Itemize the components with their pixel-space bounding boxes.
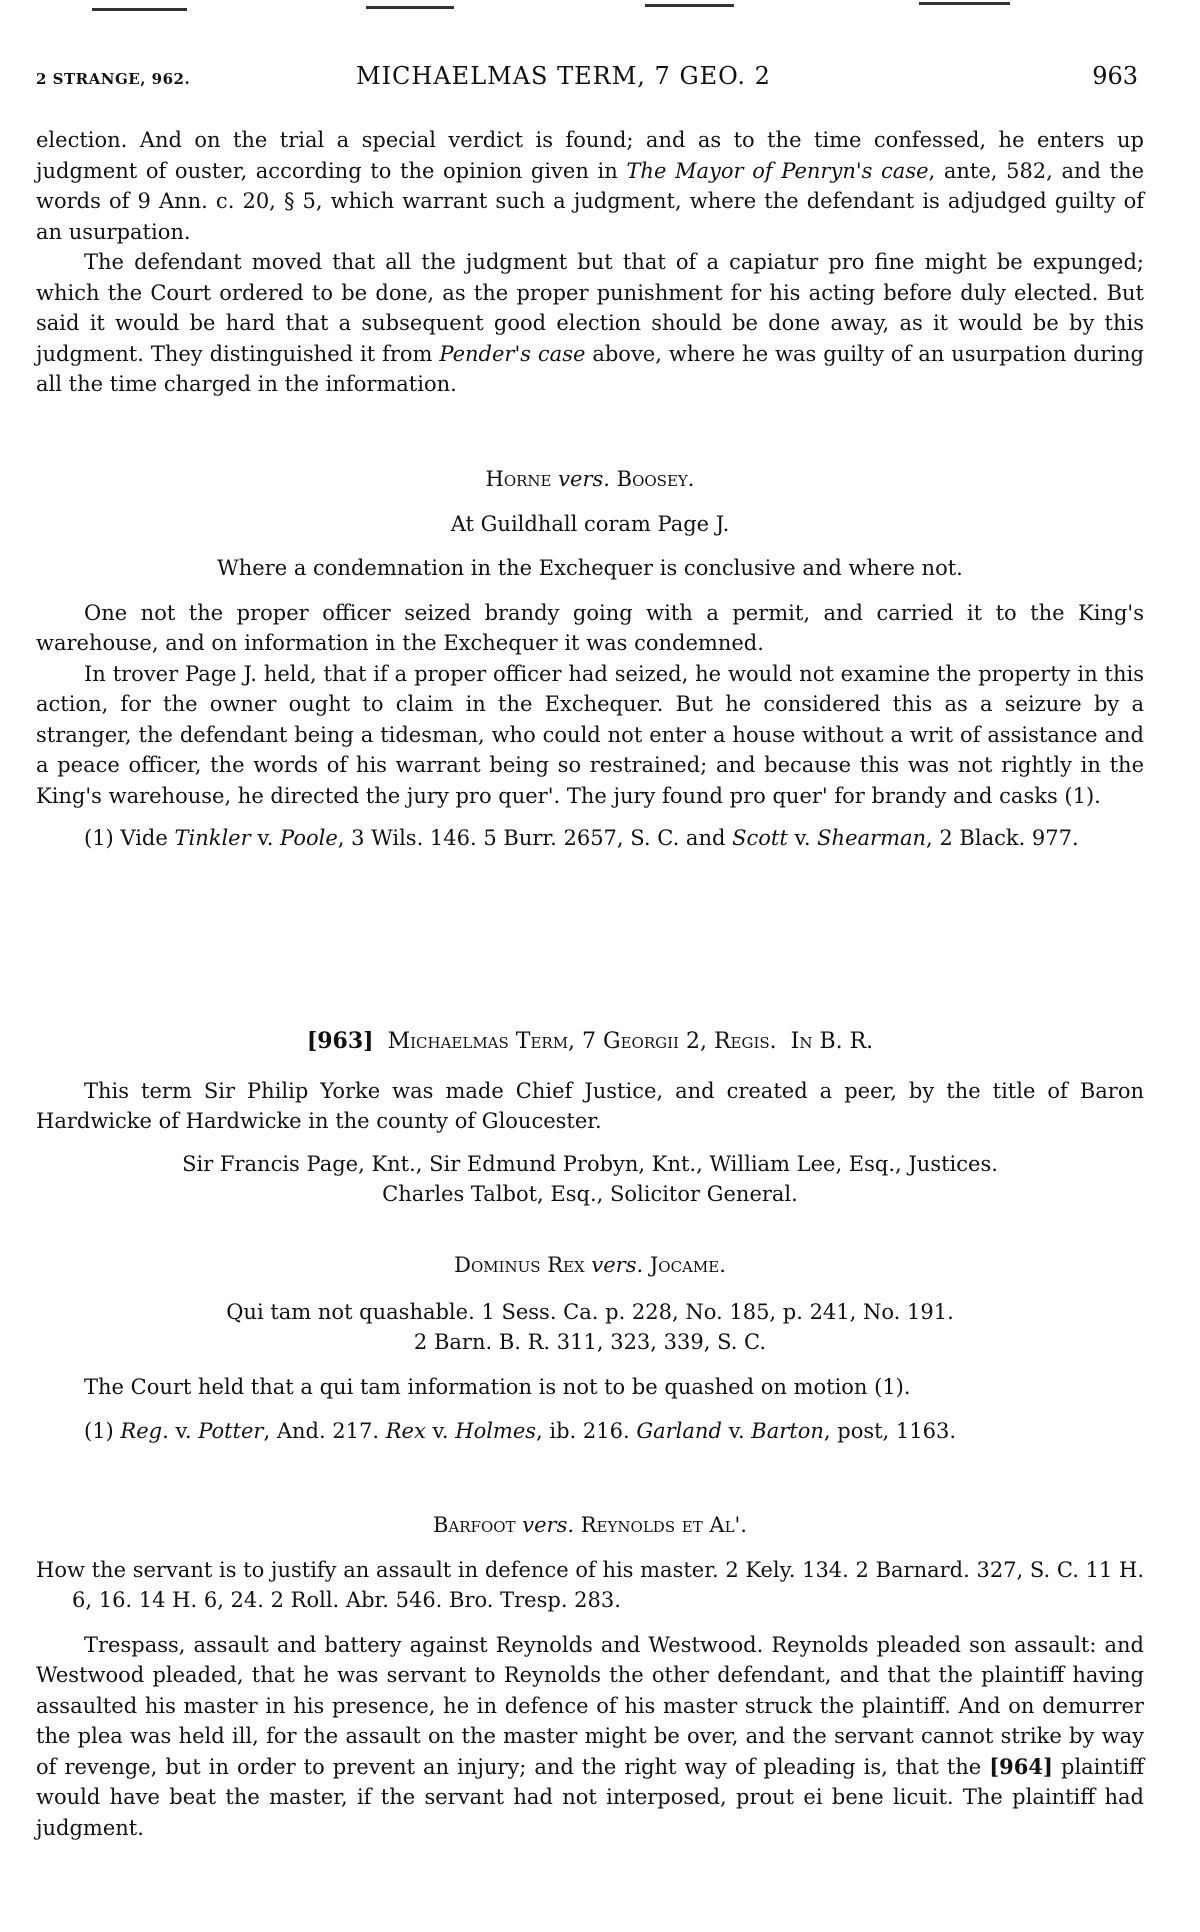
term-section: [963] Michaelmas Term, 7 Georgii 2, Regi… <box>36 1026 1144 1210</box>
case-rex-v-jocame: Dominus Rex vers. Jocame. Qui tam not qu… <box>36 1250 1144 1447</box>
case-name: Holmes <box>455 1419 536 1443</box>
text: v. <box>722 1419 751 1443</box>
solicitor-line: Charles Talbot, Esq., Solicitor General. <box>36 1179 1144 1210</box>
party-defendant: Jocame. <box>650 1253 726 1277</box>
intro-section: election. And on the trial a special ver… <box>36 125 1144 400</box>
case-title: Barfoot vers. Reynolds et Al'. <box>36 1510 1144 1541</box>
term-court: In B. R. <box>791 1029 874 1054</box>
case-name: The Mayor of Penryn's case <box>626 159 928 183</box>
party-plaintiff: Barfoot <box>433 1513 516 1537</box>
footnote: (1) Vide Tinkler v. Poole, 3 Wils. 146. … <box>36 823 1144 854</box>
case-title: Horne vers. Boosey. <box>36 464 1144 495</box>
versus: vers. <box>558 467 610 491</box>
text: v. <box>251 826 280 850</box>
text: , 2 Black. 977. <box>926 826 1079 850</box>
case-paragraph-1: One not the proper officer seized brandy… <box>36 598 1144 659</box>
running-head-title: MICHAELMAS TERM, 7 GEO. 2 <box>356 62 771 90</box>
case-name: Barton <box>751 1419 824 1443</box>
text: v. <box>788 826 817 850</box>
party-defendant: Reynolds et Al'. <box>581 1513 747 1537</box>
footnote: (1) Reg. v. Potter, And. 217. Rex v. Hol… <box>36 1416 1144 1447</box>
running-head-citation: 2 STRANGE, 962. <box>36 70 190 88</box>
term-title: Michaelmas Term, 7 Georgii 2, Regis. <box>388 1029 777 1054</box>
text: (1) <box>84 1419 120 1443</box>
case-name: Scott <box>732 826 788 850</box>
text: (1) Vide <box>84 826 174 850</box>
party-plaintiff: Horne <box>486 467 552 491</box>
page-header: 2 STRANGE, 962. MICHAELMAS TERM, 7 GEO. … <box>36 62 1144 92</box>
case-name: Pender's case <box>439 342 585 366</box>
text: Trespass, assault and battery against Re… <box>36 1633 1144 1779</box>
top-rule-4 <box>919 2 1010 5</box>
case-barfoot-v-reynolds: Barfoot vers. Reynolds et Al'. How the s… <box>36 1510 1144 1843</box>
case-name: Potter <box>198 1419 263 1443</box>
court-line: At Guildhall coram Page J. <box>36 509 1144 540</box>
text: , post, 1163. <box>824 1419 956 1443</box>
headnote-line-1: Qui tam not quashable. 1 Sess. Ca. p. 22… <box>36 1297 1144 1328</box>
top-rule-3 <box>645 4 734 7</box>
versus: vers. <box>591 1253 643 1277</box>
text: , ib. 216. <box>536 1419 636 1443</box>
case-horne-v-boosey: Horne vers. Boosey. At Guildhall coram P… <box>36 464 1144 854</box>
headnote: How the servant is to justify an assault… <box>36 1555 1144 1616</box>
term-heading: [963] Michaelmas Term, 7 Georgii 2, Regi… <box>36 1026 1144 1058</box>
page-number: 963 <box>1092 62 1138 90</box>
case-name: Poole <box>280 826 338 850</box>
top-rule-1 <box>92 8 187 11</box>
text: v. <box>426 1419 455 1443</box>
case-paragraph: The Court held that a qui tam informatio… <box>36 1372 1144 1403</box>
top-rule-2 <box>366 6 454 9</box>
justices-line: Sir Francis Page, Knt., Sir Edmund Proby… <box>36 1149 1144 1180</box>
page-marker: [963] <box>307 1028 374 1054</box>
page-marker: [964] <box>989 1754 1053 1779</box>
case-name: Tinkler <box>174 826 250 850</box>
term-paragraph: This term Sir Philip Yorke was made Chie… <box>36 1076 1144 1137</box>
headnote: Where a condemnation in the Exchequer is… <box>36 553 1144 584</box>
case-title: Dominus Rex vers. Jocame. <box>36 1250 1144 1281</box>
versus: vers. <box>522 1513 574 1537</box>
case-paragraph: Trespass, assault and battery against Re… <box>36 1630 1144 1844</box>
case-name: Garland <box>636 1419 722 1443</box>
intro-paragraph-2: The defendant moved that all the judgmen… <box>36 247 1144 400</box>
text: v. <box>169 1419 198 1443</box>
text: , 3 Wils. 146. 5 Burr. 2657, S. C. and <box>338 826 732 850</box>
intro-paragraph-1: election. And on the trial a special ver… <box>36 125 1144 247</box>
party-plaintiff: Dominus Rex <box>454 1253 585 1277</box>
headnote-line-2: 2 Barn. B. R. 311, 323, 339, S. C. <box>36 1327 1144 1358</box>
case-name: Shearman <box>817 826 926 850</box>
case-paragraph-2: In trover Page J. held, that if a proper… <box>36 659 1144 812</box>
case-name: Reg. <box>120 1419 168 1443</box>
party-defendant: Boosey. <box>617 467 695 491</box>
case-name: Rex <box>386 1419 426 1443</box>
text: , And. 217. <box>263 1419 385 1443</box>
